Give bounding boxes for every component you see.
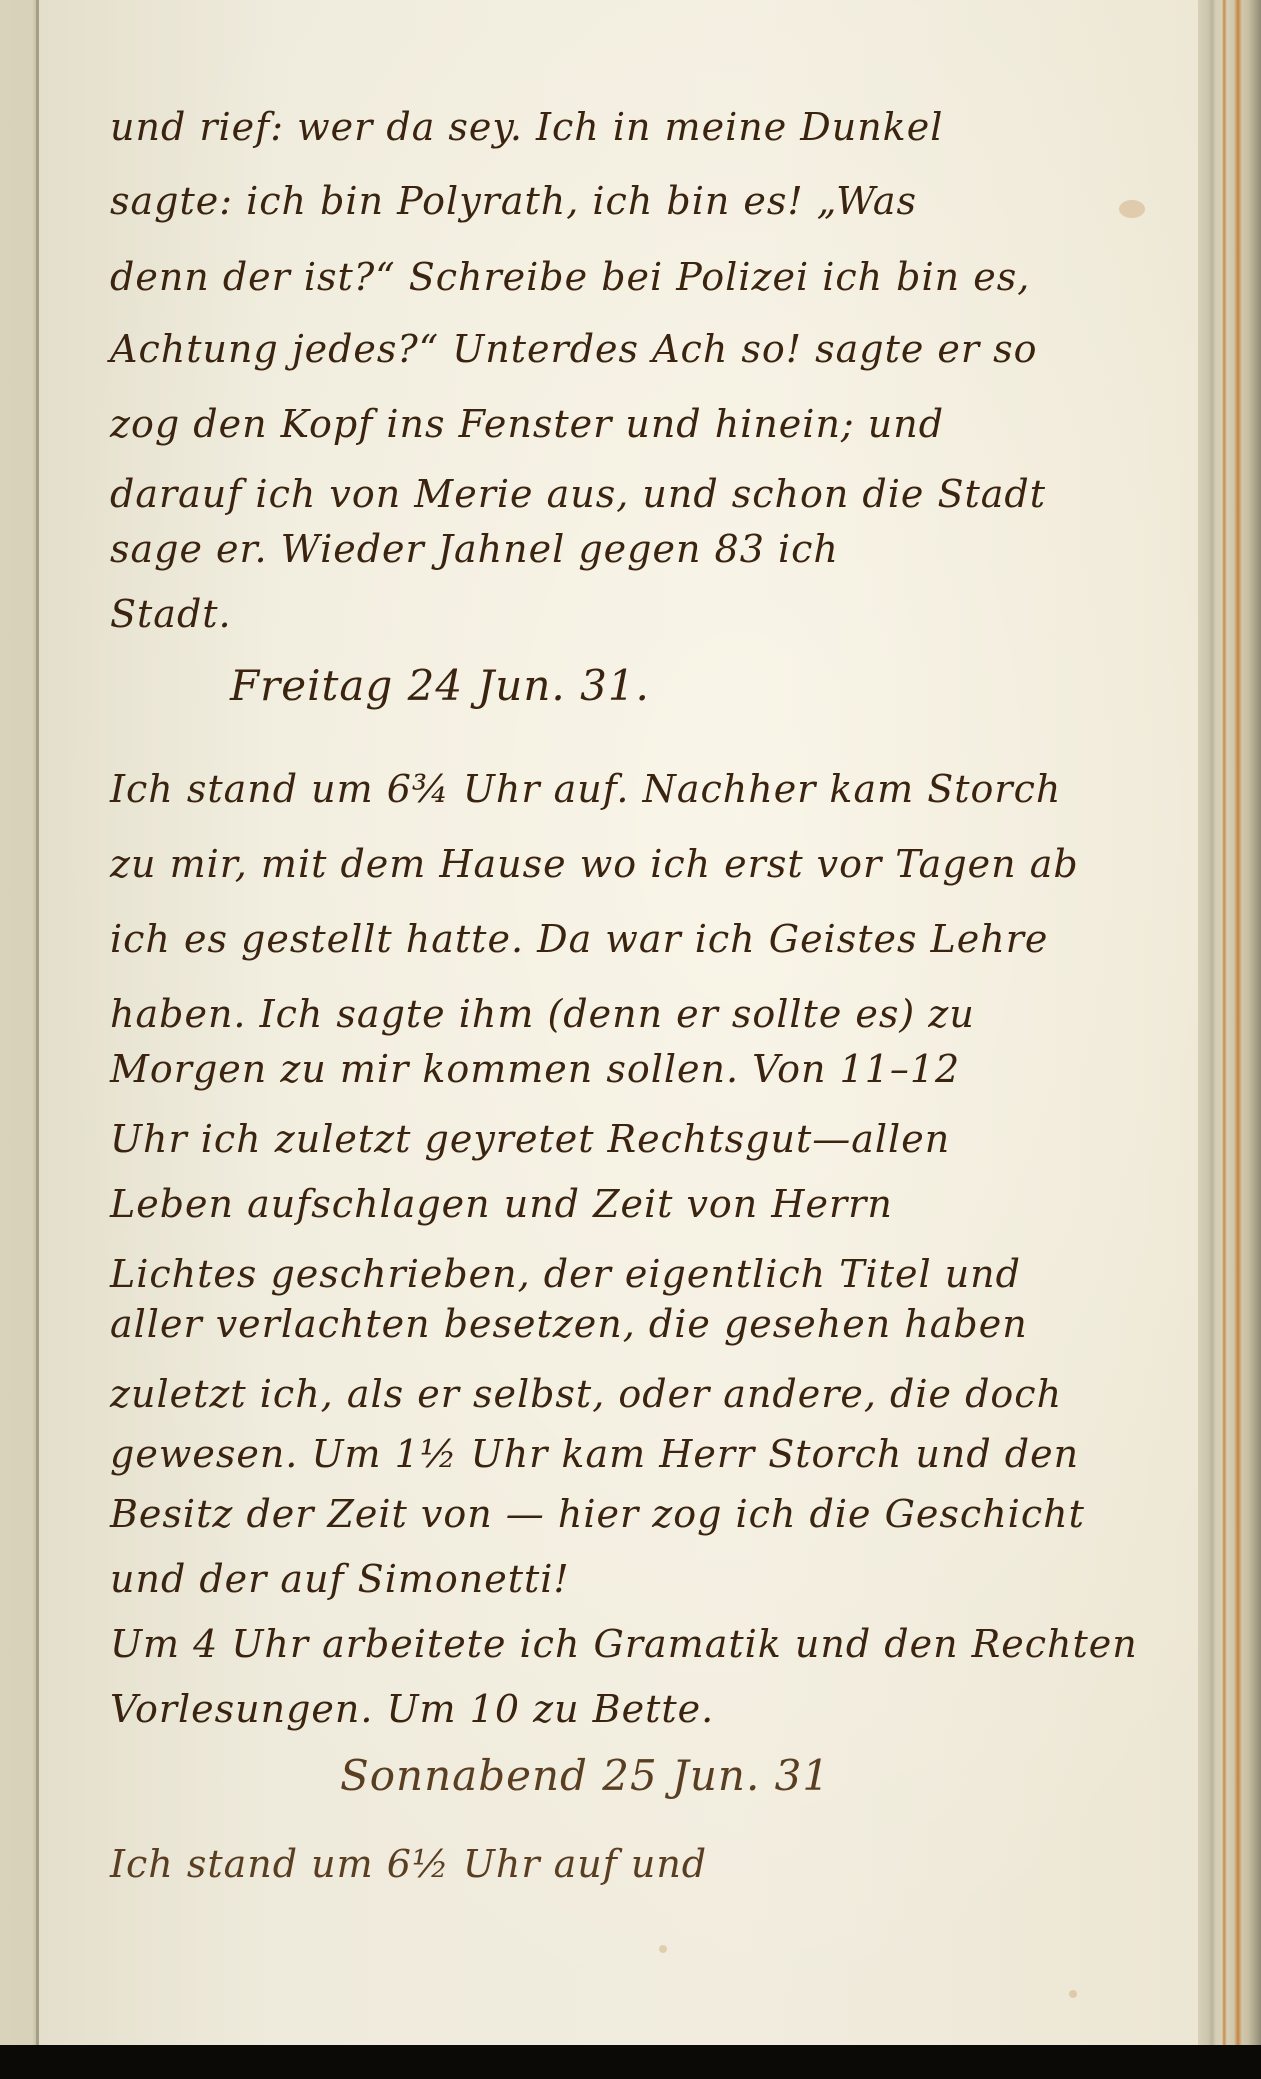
- scan-background: [0, 2045, 1261, 2079]
- text-line: Ich stand um 6¾ Uhr auf. Nachher kam Sto…: [110, 770, 1061, 808]
- text-line: Achtung jedes?“ Unterdes Ach so! sagte e…: [110, 330, 1038, 368]
- text-line: Ich stand um 6½ Uhr auf und: [110, 1845, 707, 1883]
- text-line: Vorlesungen. Um 10 zu Bette.: [110, 1690, 714, 1728]
- text-line: zu mir, mit dem Hause wo ich erst vor Ta…: [110, 845, 1079, 883]
- text-line: Um 4 Uhr arbeitete ich Gramatik und den …: [110, 1625, 1138, 1663]
- text-line: Lichtes geschrieben, der eigentlich Tite…: [110, 1255, 1021, 1293]
- text-line: gewesen. Um 1½ Uhr kam Herr Storch und d…: [110, 1435, 1079, 1473]
- facing-page-edge: [0, 0, 40, 2048]
- text-line: haben. Ich sagte ihm (denn er sollte es)…: [110, 995, 975, 1033]
- text-line: aller verlachten besetzen, die gesehen h…: [110, 1305, 1028, 1343]
- text-line: Leben aufschlagen und Zeit von Herrn: [110, 1185, 893, 1223]
- stacked-page-edges: [1198, 0, 1261, 2060]
- foxing-stain: [659, 1945, 667, 1953]
- text-line: zog den Kopf ins Fenster und hinein; und: [110, 405, 944, 443]
- text-line: sage er. Wieder Jahnel gegen 83 ich: [110, 530, 839, 568]
- foxing-stain: [1069, 1990, 1077, 1998]
- text-line: ich es gestellt hatte. Da war ich Geiste…: [110, 920, 1048, 958]
- text-line: denn der ist?“ Schreibe bei Polizei ich …: [110, 258, 1030, 296]
- text-line: Stadt.: [110, 595, 232, 633]
- text-line: Uhr ich zuletzt geyretet Rechtsgut—allen: [110, 1120, 950, 1158]
- foxing-stain: [1119, 200, 1145, 218]
- text-line: zuletzt ich, als er selbst, oder andere,…: [110, 1375, 1062, 1413]
- text-line: und der auf Simonetti!: [110, 1560, 570, 1598]
- entry-date-heading: Freitag 24 Jun. 31.: [230, 665, 650, 707]
- text-line: und rief: wer da sey. Ich in meine Dunke…: [110, 108, 943, 146]
- text-line: darauf ich von Merie aus, und schon die …: [110, 475, 1046, 513]
- text-line: sagte: ich bin Polyrath, ich bin es! „Wa…: [110, 182, 917, 220]
- text-line: Morgen zu mir kommen sollen. Von 11–12: [110, 1050, 960, 1088]
- text-line: Besitz der Zeit von — hier zog ich die G…: [110, 1495, 1085, 1533]
- entry-date-heading: Sonnabend 25 Jun. 31: [340, 1755, 830, 1797]
